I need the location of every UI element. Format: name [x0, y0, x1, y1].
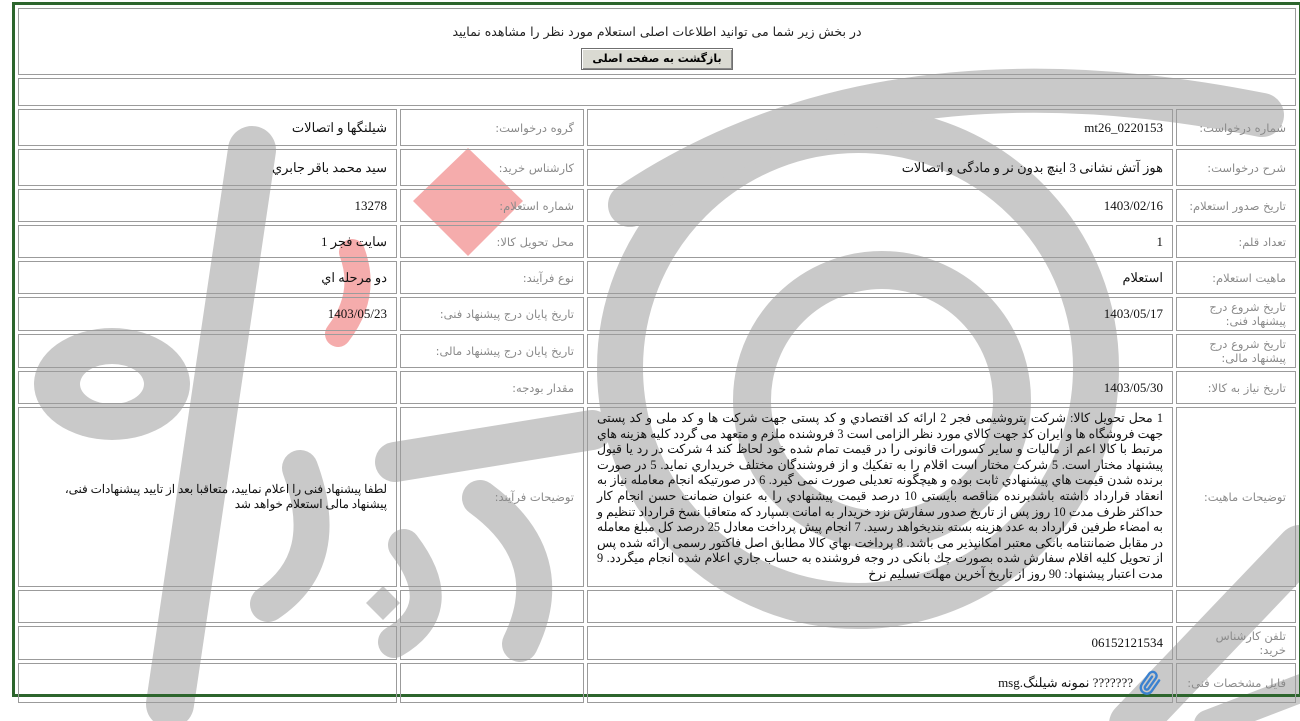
field-value	[18, 590, 397, 623]
attachment-cell: ??????? نمونه شیلنگ.msg	[587, 663, 1173, 703]
field-value	[18, 626, 397, 660]
field-value	[587, 334, 1173, 368]
field-label: شرح درخواست:	[1176, 149, 1296, 186]
attachment-filename[interactable]: ??????? نمونه شیلنگ.msg	[998, 675, 1133, 691]
field-value	[18, 371, 397, 404]
buyer-phone-value: 06152121534	[587, 626, 1173, 660]
table-row: فایل مشخصات فنی: ??????? نمونه شیلنگ.msg	[18, 663, 1296, 703]
field-label	[400, 626, 584, 660]
field-value: استعلام	[587, 261, 1173, 294]
field-value: سید محمد باقر جابري	[18, 149, 397, 186]
field-label: مقدار بودجه:	[400, 371, 584, 404]
field-label: تعداد قلم:	[1176, 225, 1296, 258]
paperclip-icon[interactable]	[1137, 671, 1163, 695]
field-label: تاریخ پایان درج پیشنهاد فنی:	[400, 297, 584, 331]
field-label: تاریخ شروع درج پیشنهاد فنی:	[1176, 297, 1296, 331]
table-row: شرح درخواست: هوز آتش نشانی 3 اینچ بدون ن…	[18, 149, 1296, 186]
field-label: توضیحات ماهیت:	[1176, 407, 1296, 587]
field-label: تاریخ پایان درج پیشنهاد مالی:	[400, 334, 584, 368]
table-row: تاریخ شروع درج پیشنهاد فنی: 1403/05/17 ت…	[18, 297, 1296, 331]
table-row: تاریخ صدور استعلام: 1403/02/16 شماره است…	[18, 189, 1296, 222]
field-value: mt26_0220153	[587, 109, 1173, 146]
field-value	[18, 334, 397, 368]
process-description-text: لطفا پیشنهاد فنی را اعلام نمایید، متعاقب…	[18, 407, 397, 587]
field-value: سایت فجر 1	[18, 225, 397, 258]
field-label: فایل مشخصات فنی:	[1176, 663, 1296, 703]
field-label: نوع فرآیند:	[400, 261, 584, 294]
field-label: شماره استعلام:	[400, 189, 584, 222]
field-label	[400, 663, 584, 703]
table-row: شماره درخواست: mt26_0220153 گروه درخواست…	[18, 109, 1296, 146]
inquiry-table: شماره درخواست: mt26_0220153 گروه درخواست…	[18, 109, 1296, 703]
field-label: توضیحات فرآیند:	[400, 407, 584, 587]
field-label: کارشناس خرید:	[400, 149, 584, 186]
header-section: در بخش زیر شما می توانید اطلاعات اصلی اس…	[18, 8, 1296, 75]
field-value: هوز آتش نشانی 3 اینچ بدون نر و مادگی و ا…	[587, 149, 1173, 186]
table-row: ماهیت استعلام: استعلام نوع فرآیند: دو مر…	[18, 261, 1296, 294]
field-value: شیلنگها و اتصالات	[18, 109, 397, 146]
field-label: گروه درخواست:	[400, 109, 584, 146]
table-row: تاریخ نیاز به کالا: 1403/05/30 مقدار بود…	[18, 371, 1296, 404]
field-value: 1403/05/17	[587, 297, 1173, 331]
field-value	[18, 663, 397, 703]
field-value	[587, 590, 1173, 623]
empty-row	[18, 78, 1296, 106]
field-label	[1176, 590, 1296, 623]
field-label: تاریخ نیاز به کالا:	[1176, 371, 1296, 404]
field-label: تاریخ صدور استعلام:	[1176, 189, 1296, 222]
back-to-home-button[interactable]: بازگشت به صفحه اصلی	[581, 48, 732, 70]
table-row: تعداد قلم: 1 محل تحویل کالا: سایت فجر 1	[18, 225, 1296, 258]
field-label: ماهیت استعلام:	[1176, 261, 1296, 294]
page-instruction: در بخش زیر شما می توانید اطلاعات اصلی اس…	[19, 9, 1295, 39]
field-label: محل تحویل کالا:	[400, 225, 584, 258]
page-frame: در بخش زیر شما می توانید اطلاعات اصلی اس…	[12, 2, 1300, 697]
field-label: تلفن کارشناس خرید:	[1176, 626, 1296, 660]
table-row: تلفن کارشناس خرید: 06152121534	[18, 626, 1296, 660]
table-row: تاریخ شروع درج پیشنهاد مالی: تاریخ پایان…	[18, 334, 1296, 368]
field-label: تاریخ شروع درج پیشنهاد مالی:	[1176, 334, 1296, 368]
field-value: 1403/05/30	[587, 371, 1173, 404]
nature-description-text: 1 محل تحویل کالا: شرکت پتروشیمی فجر 2 ار…	[587, 407, 1173, 587]
field-value: 1	[587, 225, 1173, 258]
table-row	[18, 590, 1296, 623]
field-value: 13278	[18, 189, 397, 222]
field-value: 1403/05/23	[18, 297, 397, 331]
field-label: شماره درخواست:	[1176, 109, 1296, 146]
table-row: توضیحات ماهیت: 1 محل تحویل کالا: شرکت پت…	[18, 407, 1296, 587]
field-value: دو مرحله اي	[18, 261, 397, 294]
field-label	[400, 590, 584, 623]
field-value: 1403/02/16	[587, 189, 1173, 222]
